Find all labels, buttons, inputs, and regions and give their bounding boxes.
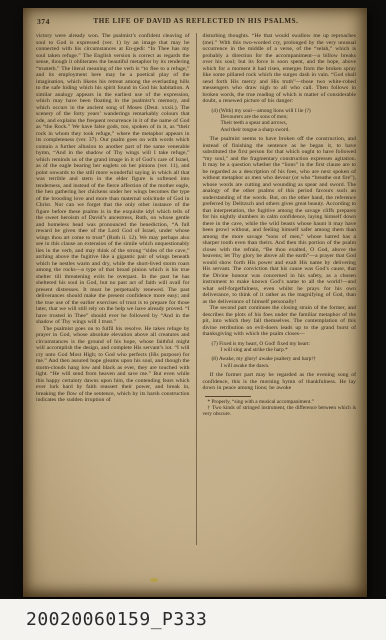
right-closing-paragraph: If the former part may be regarded as th… bbox=[203, 372, 357, 392]
verse-quotation-4: (4) (With) my soul—among lions will I li… bbox=[212, 108, 357, 134]
right-opening-paragraph: disturbing thoughts. “He that would swal… bbox=[203, 33, 357, 105]
verse-line: I will awake the dawn. bbox=[212, 363, 357, 369]
verse-line: I will sing and strike the harp.* bbox=[212, 347, 357, 353]
verse-line: And their tongue a sharp sword. bbox=[212, 127, 357, 133]
running-title: THE LIFE OF DAVID AS REFLECTED IN HIS PS… bbox=[36, 17, 356, 25]
right-column: disturbing thoughts. “He that would swal… bbox=[197, 33, 357, 560]
scanned-book-page: 374 THE LIFE OF DAVID AS REFLECTED IN HI… bbox=[23, 8, 367, 597]
left-paragraph-2: The psalmist goes on to fulfil his resol… bbox=[36, 326, 190, 404]
left-paragraph-1: victory were already won. The psalmist’s… bbox=[36, 33, 190, 326]
page-header: 374 THE LIFE OF DAVID AS REFLECTED IN HI… bbox=[36, 17, 356, 28]
digitization-label: 20020060159_P333 bbox=[26, 609, 207, 630]
page-content: 374 THE LIFE OF DAVID AS REFLECTED IN HI… bbox=[23, 8, 367, 560]
text-columns: victory were already won. The psalmist’s… bbox=[36, 33, 356, 560]
scanner-background-strip: 20020060159_P333 bbox=[0, 599, 386, 640]
verse-quotation-8: (8) Awake, my glory! awake psaltery and … bbox=[212, 356, 357, 369]
paper-stain bbox=[150, 578, 158, 582]
left-column: victory were already won. The psalmist’s… bbox=[36, 33, 196, 560]
footnote-dagger: † Two kinds of stringed instrument, the … bbox=[203, 405, 357, 417]
verse-quotation-7: (7) Fixed is my heart, O God! fixed my h… bbox=[212, 341, 357, 354]
right-paragraph-2: The psalmist seems to have broken off th… bbox=[203, 136, 357, 305]
footnote-separator-rule bbox=[205, 396, 251, 397]
page-number: 374 bbox=[37, 17, 50, 26]
right-paragraph-3: The second part continues the closing st… bbox=[203, 305, 357, 338]
